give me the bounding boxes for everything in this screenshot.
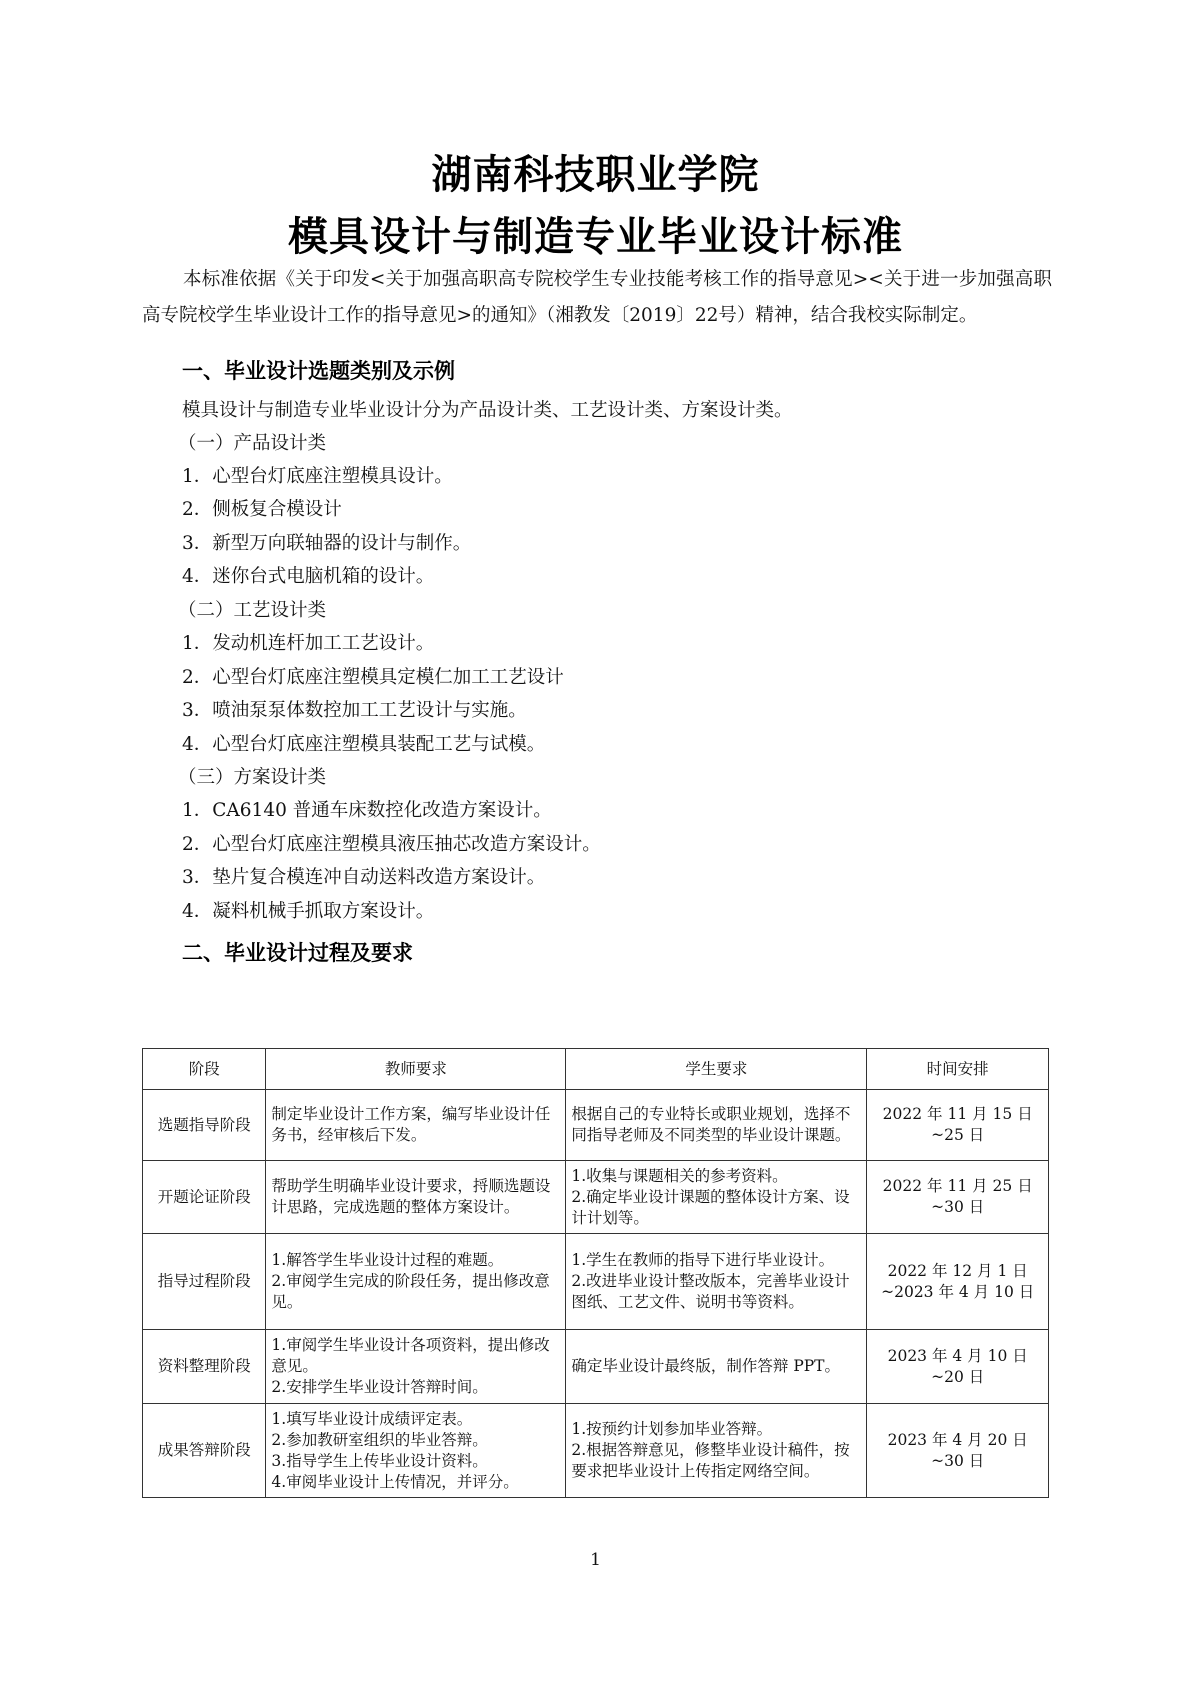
list-item: 3．新型万向联轴器的设计与制作。 (182, 529, 471, 555)
time-cell: 2023 年 4 月 10 日 ~20 日 (867, 1330, 1049, 1404)
teacher-cell: 1.审阅学生毕业设计各项资料，提出修改意见。 2.安排学生毕业设计答辩时间。 (266, 1330, 566, 1404)
column-header-stage: 阶段 (143, 1049, 266, 1090)
list-item: 3．垫片复合模连冲自动送料改造方案设计。 (182, 863, 545, 889)
teacher-requirement: 2.安排学生毕业设计答辩时间。 (271, 1377, 560, 1398)
student-requirement: 2.改进毕业设计整改版本，完善毕业设计图纸、工艺文件、说明书等资料。 (571, 1271, 861, 1313)
category-label-process: （二）工艺设计类 (178, 596, 326, 622)
teacher-cell: 帮助学生明确毕业设计要求，捋顺选题设计思路，完成选题的整体方案设计。 (266, 1161, 566, 1234)
intro-paragraph: 本标准依据《关于印发<关于加强高职高专院校学生专业技能考核工作的指导意见><关于… (142, 262, 1052, 333)
time-cell: 2022 年 11 月 25 日 ~30 日 (867, 1161, 1049, 1234)
list-item: 1．发动机连杆加工工艺设计。 (182, 629, 434, 655)
student-requirement: 确定毕业设计最终版，制作答辩 PPT。 (571, 1356, 861, 1377)
time-start: 2023 年 4 月 10 日 (872, 1346, 1043, 1367)
column-header-time: 时间安排 (867, 1049, 1049, 1090)
teacher-requirement: 制定毕业设计工作方案，编写毕业设计任务书，经审核后下发。 (271, 1104, 560, 1146)
category-label-scheme: （三）方案设计类 (178, 763, 326, 789)
time-end: ~30 日 (872, 1451, 1043, 1472)
teacher-cell: 制定毕业设计工作方案，编写毕业设计任务书，经审核后下发。 (266, 1090, 566, 1161)
time-cell: 2022 年 12 月 1 日 ~2023 年 4 月 10 日 (867, 1234, 1049, 1330)
stage-cell: 开题论证阶段 (143, 1161, 266, 1234)
list-item: 2．侧板复合模设计 (182, 495, 342, 521)
teacher-requirement: 3.指导学生上传毕业设计资料。 (271, 1451, 560, 1472)
student-cell: 1.按预约计划参加毕业答辩。 2.根据答辩意见，修整毕业设计稿件，按要求把毕业设… (566, 1404, 867, 1498)
category-label-product: （一）产品设计类 (178, 429, 326, 455)
section-summary: 模具设计与制造专业毕业设计分为产品设计类、工艺设计类、方案设计类。 (182, 396, 793, 422)
table-row: 选题指导阶段 制定毕业设计工作方案，编写毕业设计任务书，经审核后下发。 根据自己… (143, 1090, 1049, 1161)
list-item: 3．喷油泵泵体数控加工工艺设计与实施。 (182, 696, 527, 722)
table-row: 开题论证阶段 帮助学生明确毕业设计要求，捋顺选题设计思路，完成选题的整体方案设计… (143, 1161, 1049, 1234)
teacher-requirement: 2.审阅学生完成的阶段任务，提出修改意见。 (271, 1271, 560, 1313)
stage-cell: 资料整理阶段 (143, 1330, 266, 1404)
list-item: 4．凝料机械手抓取方案设计。 (182, 897, 434, 923)
section-heading-process: 二、毕业设计过程及要求 (182, 937, 413, 967)
student-requirement: 1.收集与课题相关的参考资料。 (571, 1166, 861, 1187)
teacher-requirement: 2.参加教研室组织的毕业答辩。 (271, 1430, 560, 1451)
time-end: ~25 日 (872, 1125, 1043, 1146)
student-cell: 确定毕业设计最终版，制作答辩 PPT。 (566, 1330, 867, 1404)
document-title-institution: 湖南科技职业学院 (0, 143, 1191, 200)
column-header-student: 学生要求 (566, 1049, 867, 1090)
time-end: ~20 日 (872, 1367, 1043, 1388)
list-item: 4．迷你台式电脑机箱的设计。 (182, 562, 434, 588)
stage-cell: 成果答辩阶段 (143, 1404, 266, 1498)
page-number: 1 (0, 1550, 1191, 1570)
section-heading-topics: 一、毕业设计选题类别及示例 (182, 355, 455, 385)
process-requirements-table: 阶段 教师要求 学生要求 时间安排 选题指导阶段 制定毕业设计工作方案，编写毕业… (142, 1048, 1049, 1498)
teacher-requirement: 帮助学生明确毕业设计要求，捋顺选题设计思路，完成选题的整体方案设计。 (271, 1176, 560, 1218)
list-item: 2．心型台灯底座注塑模具液压抽芯改造方案设计。 (182, 830, 601, 856)
document-title-standard: 模具设计与制造专业毕业设计标准 (0, 205, 1191, 262)
student-requirement: 2.确定毕业设计课题的整体设计方案、设计计划等。 (571, 1187, 861, 1229)
stage-cell: 选题指导阶段 (143, 1090, 266, 1161)
teacher-requirement: 1.填写毕业设计成绩评定表。 (271, 1409, 560, 1430)
student-cell: 1.收集与课题相关的参考资料。 2.确定毕业设计课题的整体设计方案、设计计划等。 (566, 1161, 867, 1234)
time-start: 2022 年 12 月 1 日 (872, 1261, 1043, 1282)
teacher-requirement: 4.审阅毕业设计上传情况，并评分。 (271, 1472, 560, 1493)
table-row: 成果答辩阶段 1.填写毕业设计成绩评定表。 2.参加教研室组织的毕业答辩。 3.… (143, 1404, 1049, 1498)
time-end: ~2023 年 4 月 10 日 (872, 1282, 1043, 1303)
list-item: 1．心型台灯底座注塑模具设计。 (182, 462, 453, 488)
table-row: 资料整理阶段 1.审阅学生毕业设计各项资料，提出修改意见。 2.安排学生毕业设计… (143, 1330, 1049, 1404)
time-cell: 2022 年 11 月 15 日 ~25 日 (867, 1090, 1049, 1161)
student-requirement: 1.学生在教师的指导下进行毕业设计。 (571, 1250, 861, 1271)
student-cell: 1.学生在教师的指导下进行毕业设计。 2.改进毕业设计整改版本，完善毕业设计图纸… (566, 1234, 867, 1330)
teacher-requirement: 1.解答学生毕业设计过程的难题。 (271, 1250, 560, 1271)
time-start: 2022 年 11 月 25 日 (872, 1176, 1043, 1197)
time-cell: 2023 年 4 月 20 日 ~30 日 (867, 1404, 1049, 1498)
table-header-row: 阶段 教师要求 学生要求 时间安排 (143, 1049, 1049, 1090)
time-start: 2023 年 4 月 20 日 (872, 1430, 1043, 1451)
column-header-teacher: 教师要求 (266, 1049, 566, 1090)
student-requirement: 1.按预约计划参加毕业答辩。 (571, 1419, 861, 1440)
time-start: 2022 年 11 月 15 日 (872, 1104, 1043, 1125)
teacher-cell: 1.填写毕业设计成绩评定表。 2.参加教研室组织的毕业答辩。 3.指导学生上传毕… (266, 1404, 566, 1498)
student-requirement: 根据自己的专业特长或职业规划，选择不同指导老师及不同类型的毕业设计课题。 (571, 1104, 861, 1146)
list-item: 1．CA6140 普通车床数控化改造方案设计。 (182, 796, 552, 822)
list-item: 2．心型台灯底座注塑模具定模仁加工工艺设计 (182, 663, 564, 689)
stage-cell: 指导过程阶段 (143, 1234, 266, 1330)
teacher-requirement: 1.审阅学生毕业设计各项资料，提出修改意见。 (271, 1335, 560, 1377)
teacher-cell: 1.解答学生毕业设计过程的难题。 2.审阅学生完成的阶段任务，提出修改意见。 (266, 1234, 566, 1330)
list-item: 4．心型台灯底座注塑模具装配工艺与试模。 (182, 730, 545, 756)
student-cell: 根据自己的专业特长或职业规划，选择不同指导老师及不同类型的毕业设计课题。 (566, 1090, 867, 1161)
student-requirement: 2.根据答辩意见，修整毕业设计稿件，按要求把毕业设计上传指定网络空间。 (571, 1440, 861, 1482)
time-end: ~30 日 (872, 1197, 1043, 1218)
table-row: 指导过程阶段 1.解答学生毕业设计过程的难题。 2.审阅学生完成的阶段任务，提出… (143, 1234, 1049, 1330)
